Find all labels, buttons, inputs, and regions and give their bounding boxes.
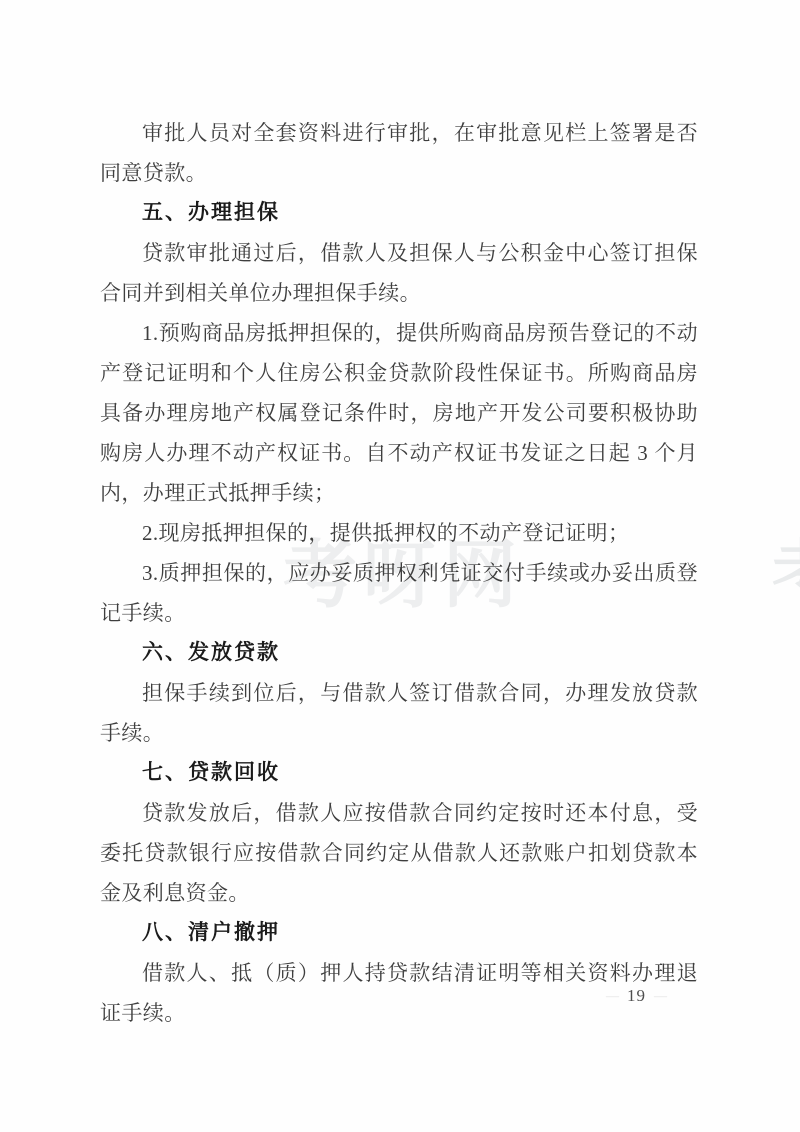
paragraph-item-3-pledge: 3.质押担保的，应办妥质押权利凭证交付手续或办妥出质登记手续。 bbox=[100, 553, 698, 633]
paragraph-item-1-presale-mortgage: 1.预购商品房抵押担保的，提供所购商品房预告登记的不动产登记证明和个人住房公积金… bbox=[100, 313, 698, 513]
footer-dash-right: — bbox=[654, 988, 667, 1004]
footer-dash-left: — bbox=[606, 988, 619, 1004]
section-heading-6-loan-disbursement: 六、发放贷款 bbox=[100, 633, 698, 673]
document-body: 审批人员对全套资料进行审批，在审批意见栏上签署是否同意贷款。 五、办理担保 贷款… bbox=[100, 113, 698, 1033]
scanned-document-page: 考呀网 考 审批人员对全套资料进行审批，在审批意见栏上签署是否同意贷款。 五、办… bbox=[0, 0, 800, 1132]
paragraph-approval: 审批人员对全套资料进行审批，在审批意见栏上签署是否同意贷款。 bbox=[100, 113, 698, 193]
paragraph-item-2-existing-home-mortgage: 2.现房抵押担保的，提供抵押权的不动产登记证明； bbox=[100, 513, 698, 553]
paragraph-guarantee-intro: 贷款审批通过后，借款人及担保人与公积金中心签订担保合同并到相关单位办理担保手续。 bbox=[100, 233, 698, 313]
page-number: 19 bbox=[627, 986, 646, 1006]
page-footer: — 19 — bbox=[606, 986, 716, 1006]
watermark-edge-fragment: 考 bbox=[772, 516, 800, 622]
section-heading-8-account-clearing: 八、清户撤押 bbox=[100, 913, 698, 953]
section-heading-7-loan-recovery: 七、贷款回收 bbox=[100, 753, 698, 793]
section-heading-5-guarantee: 五、办理担保 bbox=[100, 193, 698, 233]
paragraph-recovery: 贷款发放后，借款人应按借款合同约定按时还本付息，受委托贷款银行应按借款合同约定从… bbox=[100, 793, 698, 913]
paragraph-disbursement: 担保手续到位后，与借款人签订借款合同，办理发放贷款手续。 bbox=[100, 673, 698, 753]
